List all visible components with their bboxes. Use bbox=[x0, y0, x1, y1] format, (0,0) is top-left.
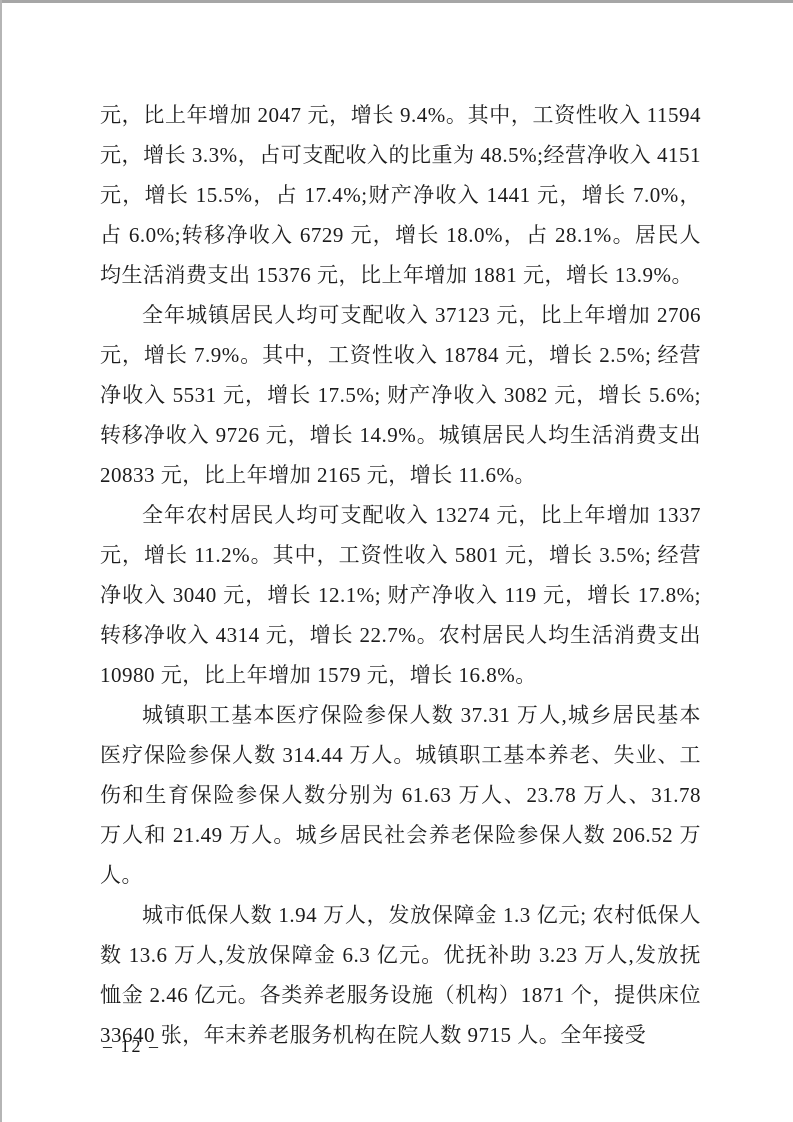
paragraph-income-overall: 元，比上年增加 2047 元，增长 9.4%。其中，工资性收入 11594 元，… bbox=[100, 95, 701, 295]
document-page: { "document": { "paragraphs": [ { "text"… bbox=[0, 0, 793, 1122]
paragraph-urban-income: 全年城镇居民人均可支配收入 37123 元，比上年增加 2706 元，增长 7.… bbox=[100, 295, 701, 495]
scan-edge-left bbox=[0, 0, 2, 1122]
paragraph-welfare: 城市低保人数 1.94 万人，发放保障金 1.3 亿元; 农村低保人数 13.6… bbox=[100, 895, 701, 1055]
paragraph-social-insurance: 城镇职工基本医疗保险参保人数 37.31 万人,城乡居民基本医疗保险参保人数 3… bbox=[100, 695, 701, 895]
page-number: – 12 – bbox=[103, 1036, 160, 1057]
paragraph-rural-income: 全年农村居民人均可支配收入 13274 元，比上年增加 1337 元，增长 11… bbox=[100, 495, 701, 695]
scan-edge-top bbox=[0, 0, 793, 3]
document-body-text: 元，比上年增加 2047 元，增长 9.4%。其中，工资性收入 11594 元，… bbox=[100, 95, 701, 1055]
